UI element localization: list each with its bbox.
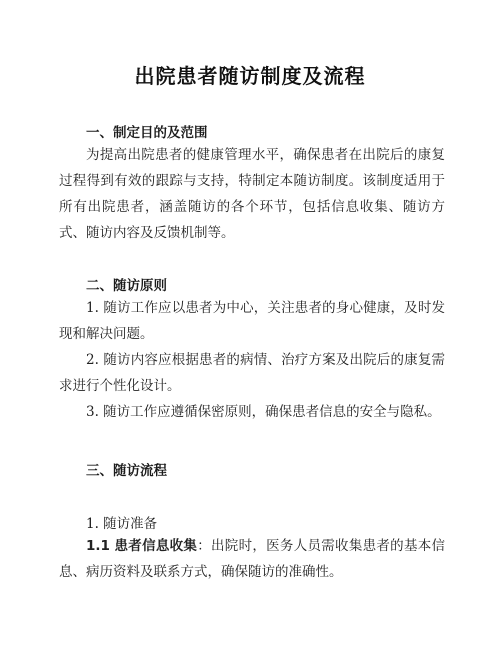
item-number: 1.1 — [86, 538, 110, 554]
item-separator: ： — [197, 538, 211, 554]
section-heading-process: 三、随访流程 — [86, 459, 167, 479]
paragraph-purpose: 为提高出院患者的健康管理水平，确保患者在出院后的康复过程得到有效的跟踪与支持，特… — [59, 142, 445, 246]
section-heading-principles: 二、随访原则 — [86, 274, 167, 294]
item-label: 患者信息收集 — [115, 538, 198, 554]
subsection-heading-preparation: 1. 随访准备 — [86, 512, 157, 532]
process-item-1-1: 1.1 患者信息收集：出院时，医务人员需收集患者的基本信息、病历资料及联系方式，… — [59, 533, 445, 585]
principle-item-1: 1. 随访工作应以患者为中心，关注患者的身心健康，及时发现和解决问题。 — [59, 295, 445, 347]
principle-item-3: 3. 随访工作应遵循保密原则，确保患者信息的安全与隐私。 — [59, 399, 445, 425]
section-heading-purpose: 一、制定目的及范围 — [86, 121, 208, 141]
principle-item-2: 2. 随访内容应根据患者的病情、治疗方案及出院后的康复需求进行个性化设计。 — [59, 347, 445, 399]
document-title: 出院患者随访制度及流程 — [0, 60, 500, 89]
document-page: 出院患者随访制度及流程 一、制定目的及范围 为提高出院患者的健康管理水平，确保患… — [0, 0, 500, 647]
